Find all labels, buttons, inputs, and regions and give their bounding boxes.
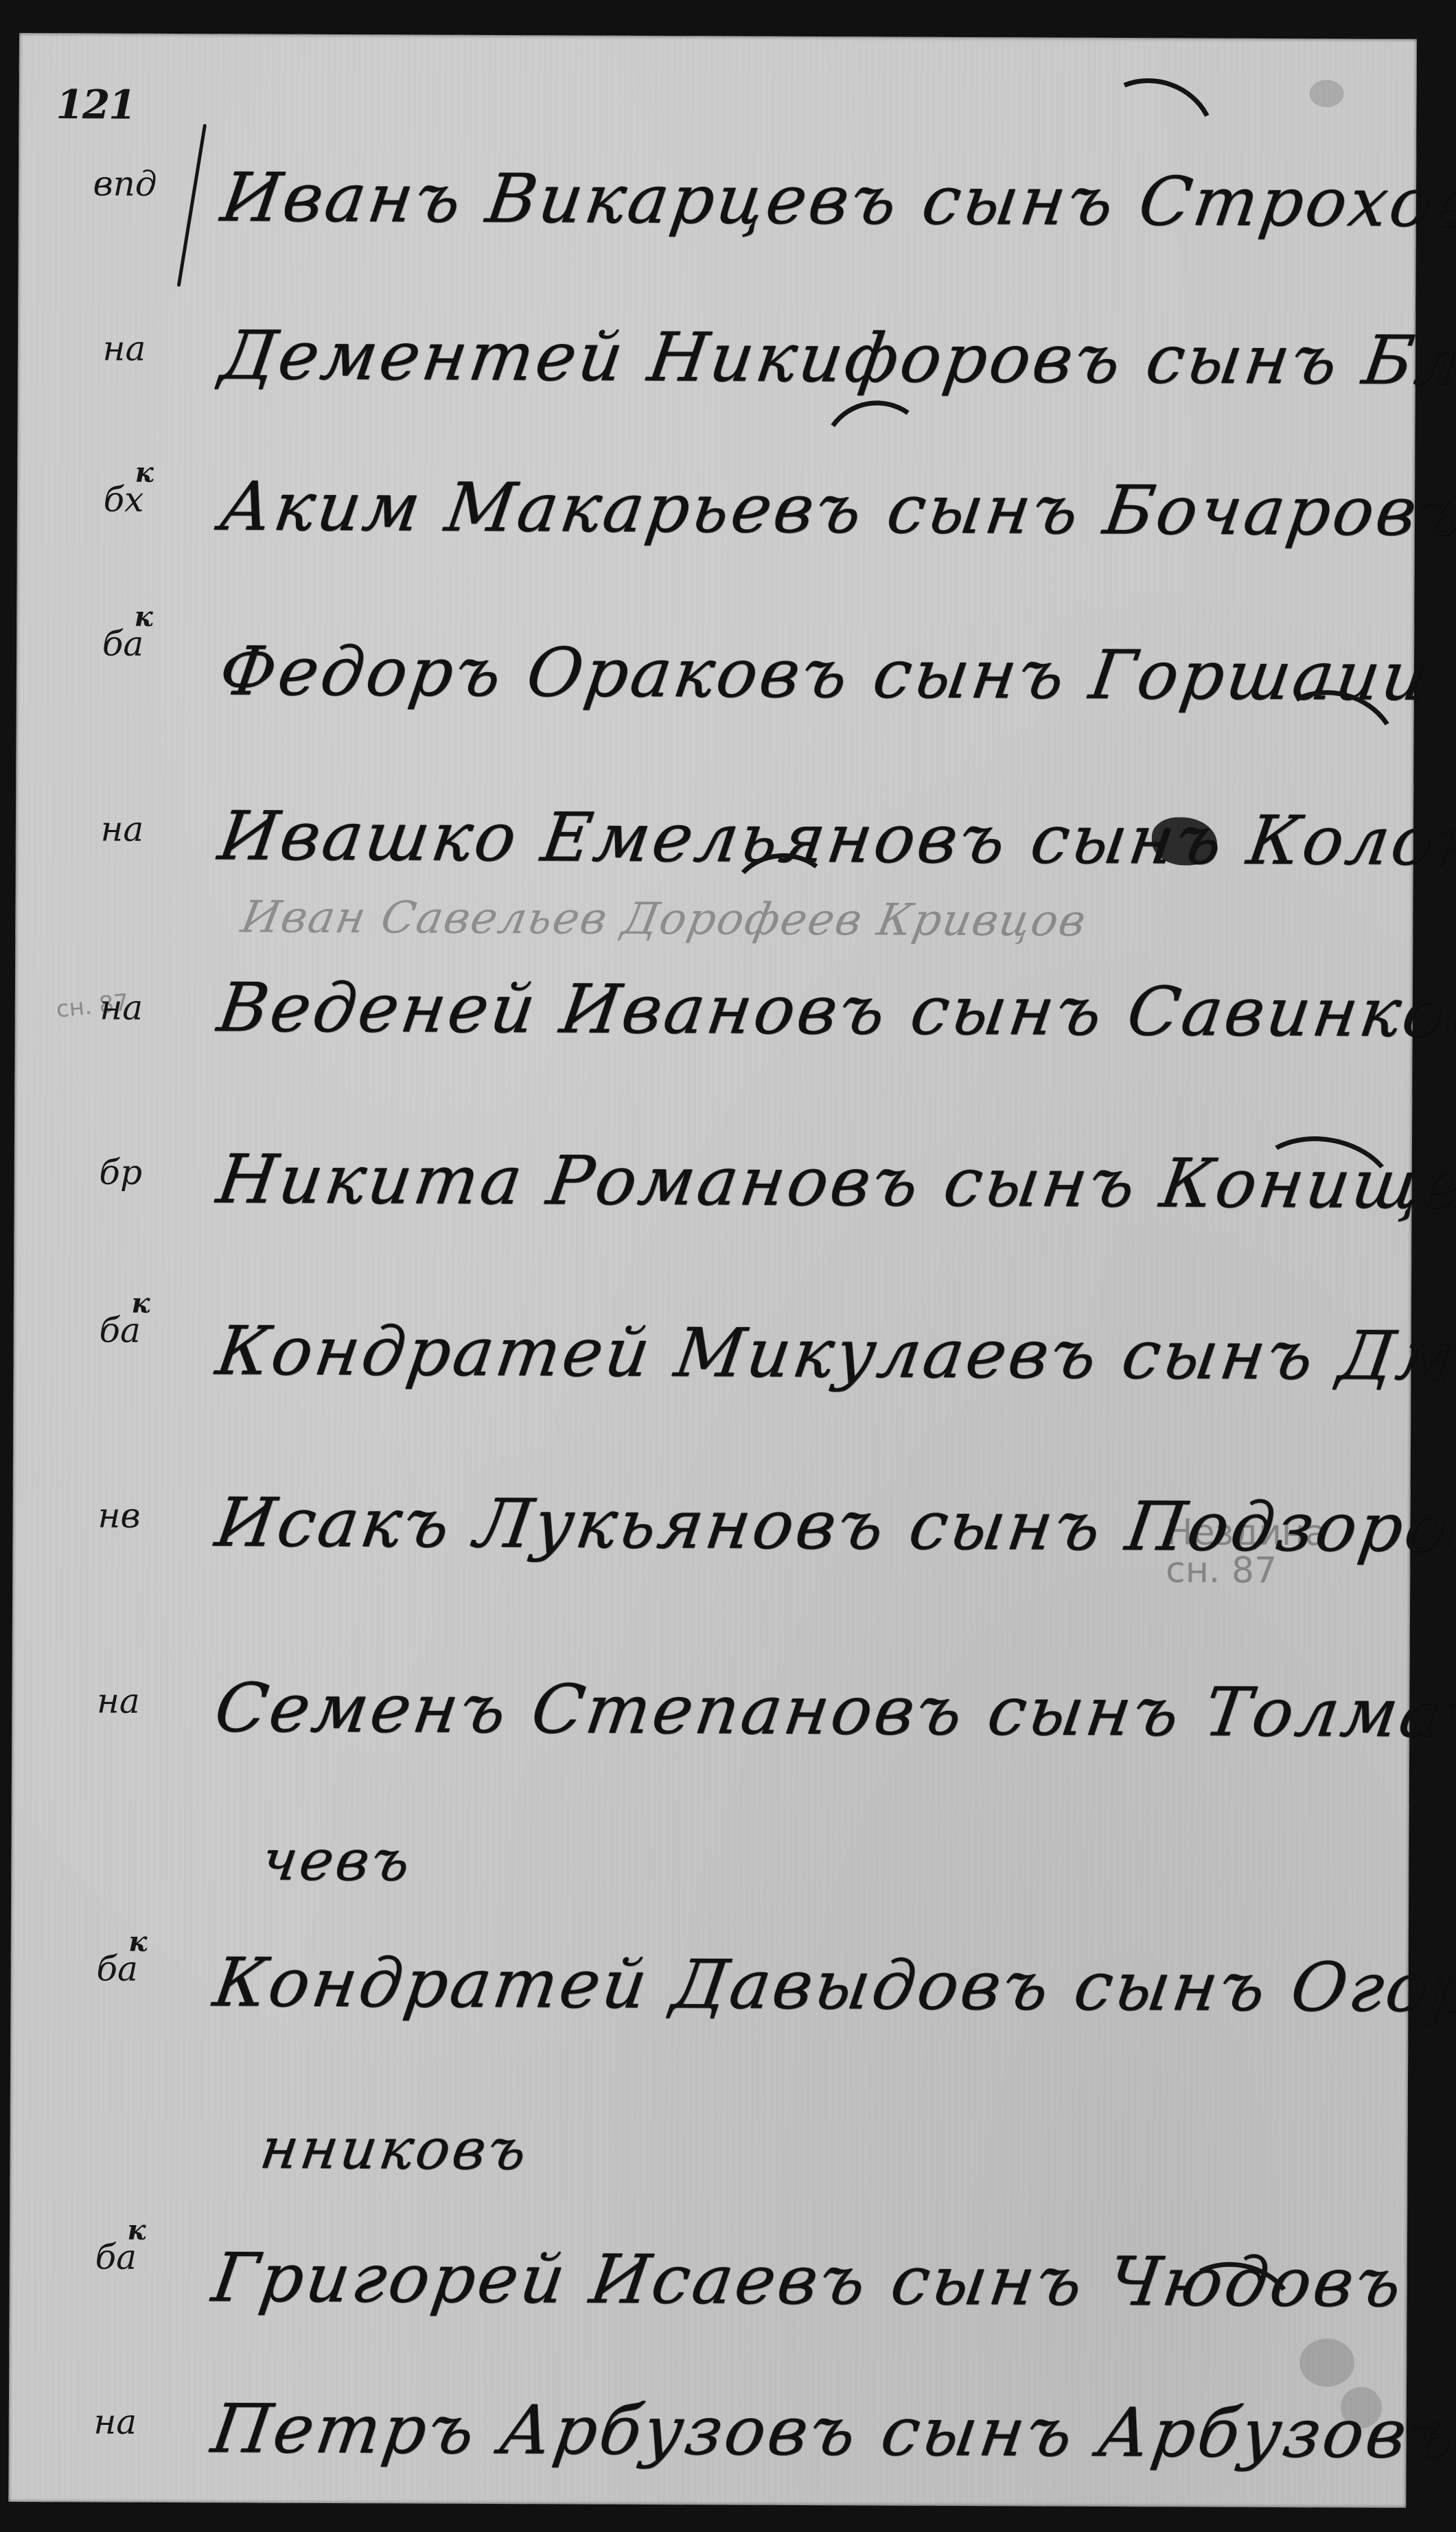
manuscript-sheet: 121 Иван Савельев Дорофеев Кривцов Незди… <box>8 33 1417 2508</box>
margin-code-text: ба <box>102 624 144 664</box>
entry-continuation-line: чевъ <box>258 1833 416 1890</box>
margin-code: на <box>57 2408 174 2439</box>
margin-code-text: ба <box>96 1949 138 1989</box>
margin-code-text: на <box>102 329 146 369</box>
margin-code-text: бр <box>99 1153 142 1193</box>
margin-code: на <box>66 335 183 366</box>
margin-code: к ба <box>65 603 181 661</box>
margin-code: к ба <box>58 2216 174 2275</box>
margin-code-text: впд <box>93 163 157 203</box>
entry-line: Кондратей Давыдовъ сынъ Огородниковъ <box>209 1949 1456 2023</box>
entry-line: Семенъ Степановъ сынъ Толмачевъ <box>211 1674 1456 1748</box>
margin-code: к бх <box>65 459 182 517</box>
entry-continuation-line: нниковъ <box>257 2121 532 2179</box>
margin-code-text: на <box>97 1681 140 1721</box>
superscript-flourish <box>1242 1125 1405 1255</box>
entry-line: Кондратей Микулаевъ сынъ Дмитриевъ <box>212 1317 1456 1392</box>
margin-code-text: на <box>100 988 143 1028</box>
margin-code: бр <box>62 1159 179 1190</box>
margin-code: на <box>60 1688 176 1718</box>
margin-code-text: нв <box>97 1496 140 1536</box>
faded-overwrite-annotation: Иван Савельев Дорофеев Кривцов <box>238 892 1091 946</box>
margin-code: на <box>64 816 181 847</box>
paper-stain <box>1310 80 1344 107</box>
margin-code-text: ба <box>99 1311 141 1350</box>
margin-code: нв <box>60 1502 177 1533</box>
margin-code-text: на <box>93 2402 137 2442</box>
entry-line: Ивашко Емельяновъ сынъ Колокольцовъ <box>215 803 1456 877</box>
margin-code-text: бх <box>104 480 144 520</box>
page-number: 121 <box>56 81 135 128</box>
entry-line: Петръ Арбузовъ сынъ Арбузовъ <box>208 2395 1456 2468</box>
entry-line: Федоръ Ораковъ сынъ Горшаии <box>216 638 1433 711</box>
margin-code: к ба <box>62 1289 178 1348</box>
margin-code: к ба <box>59 1928 176 1986</box>
entry-line: Дементей Никифоровъ сынъ Блинищевъ <box>217 322 1456 396</box>
entry-line: Исакъ Лукьяновъ сынъ Подзоровъ <box>211 1489 1456 1562</box>
entry-line: Иванъ Викарцевъ сынъ Строховъ <box>218 164 1456 237</box>
paper-stain <box>1299 2338 1354 2386</box>
entry-divider-stroke <box>177 124 207 287</box>
margin-code-text: на <box>100 809 143 849</box>
entry-line: Веденей Ивановъ сынъ Савинковъ <box>214 974 1456 1047</box>
margin-code-text: ба <box>95 2237 137 2277</box>
margin-code: впд <box>67 170 183 201</box>
margin-code: на <box>63 994 180 1025</box>
